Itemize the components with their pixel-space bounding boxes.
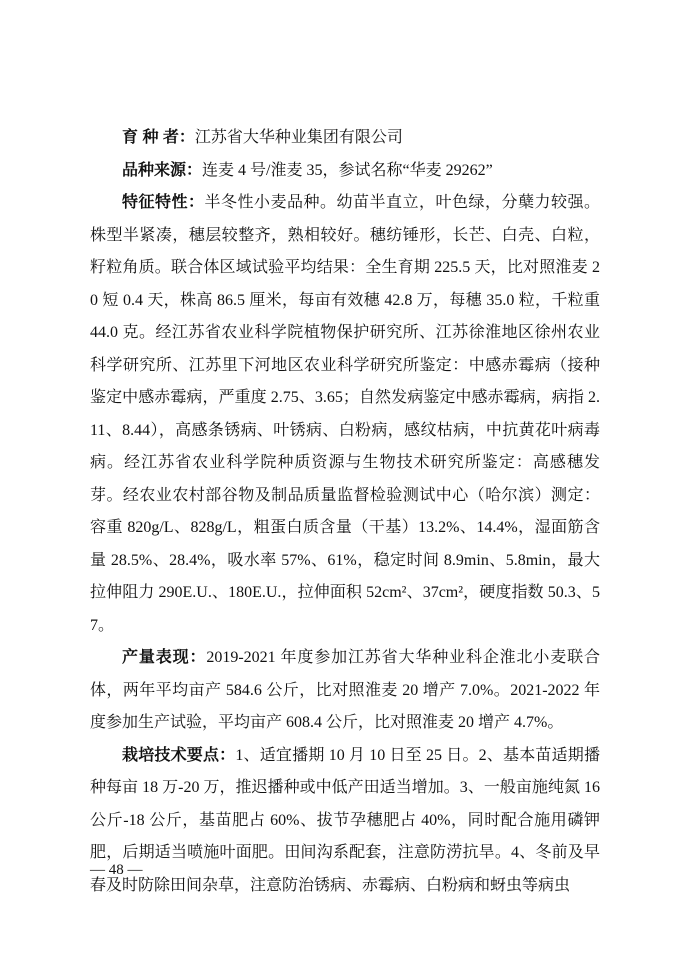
characteristics-text: 半冬性小麦品种。幼苗半直立，叶色绿，分蘖力较强。株型半紧凑，穗层较整齐，熟相较好… bbox=[90, 194, 600, 634]
document-page: 育 种 者：江苏省大华种业集团有限公司 品种来源：连麦 4 号/淮麦 35，参试… bbox=[0, 0, 690, 975]
cultivation-techniques-label: 栽培技术要点： bbox=[122, 747, 235, 764]
text-block: 育 种 者：江苏省大华种业集团有限公司 品种来源：连麦 4 号/淮麦 35，参试… bbox=[90, 122, 600, 902]
cultivation-techniques-text: 1、适宜播期 10 月 10 日至 25 日。2、基本苗适期播种每亩 18 万-… bbox=[90, 747, 600, 894]
paragraph-breeder: 育 种 者：江苏省大华种业集团有限公司 bbox=[90, 122, 600, 155]
breeder-text: 江苏省大华种业集团有限公司 bbox=[195, 129, 403, 146]
breeder-label: 育 种 者： bbox=[122, 129, 195, 146]
page-number: — 48 — bbox=[90, 860, 143, 880]
paragraph-characteristics: 特征特性：半冬性小麦品种。幼苗半直立，叶色绿，分蘖力较强。株型半紧凑，穗层较整齐… bbox=[90, 187, 600, 642]
variety-source-text: 连麦 4 号/淮麦 35，参试名称“华麦 29262” bbox=[202, 162, 493, 179]
characteristics-label: 特征特性： bbox=[122, 194, 205, 211]
paragraph-variety-source: 品种来源：连麦 4 号/淮麦 35，参试名称“华麦 29262” bbox=[90, 155, 600, 188]
paragraph-cultivation-techniques: 栽培技术要点：1、适宜播期 10 月 10 日至 25 日。2、基本苗适期播种每… bbox=[90, 740, 600, 903]
paragraph-yield-performance: 产量表现：2019-2021 年度参加江苏省大华种业科企淮北小麦联合体，两年平均… bbox=[90, 642, 600, 740]
yield-performance-label: 产量表现： bbox=[122, 649, 206, 666]
variety-source-label: 品种来源： bbox=[122, 162, 202, 179]
